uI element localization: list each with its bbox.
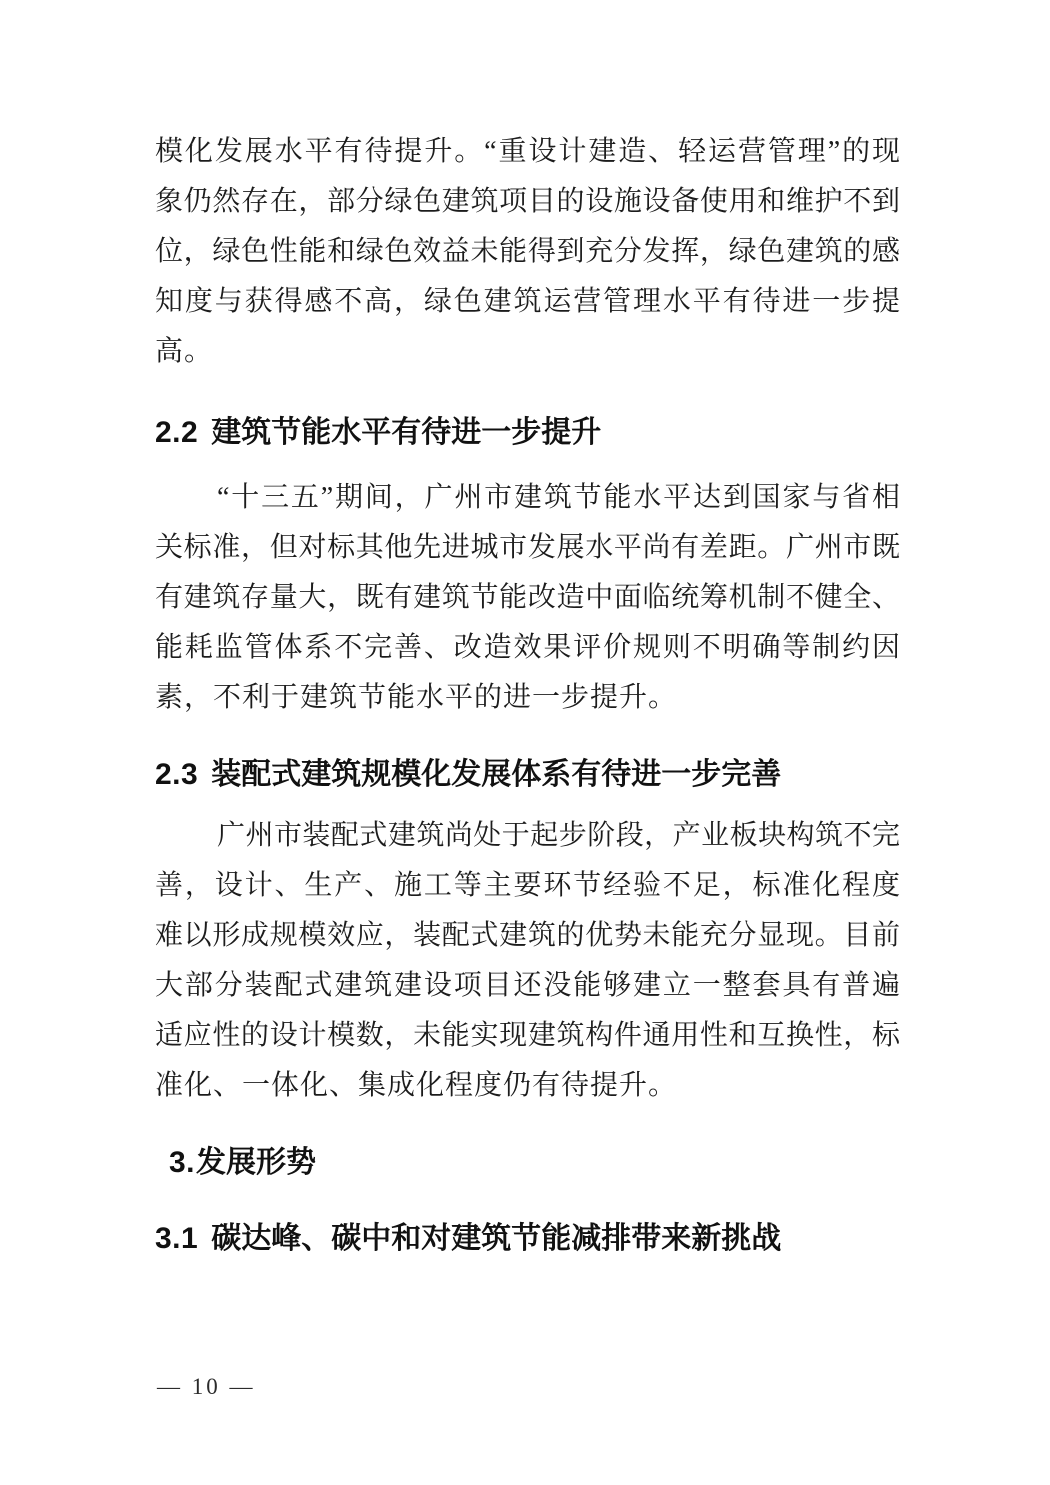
- paragraph-line: 模化发展水平有待提升。“重设计建造、轻运营管理”的现: [155, 127, 900, 177]
- paragraph-line: 广州市装配式建筑尚处于起步阶段，产业板块构筑不完: [155, 811, 900, 861]
- paragraph-line: 大部分装配式建筑建设项目还没能够建立一整套具有普遍: [155, 961, 900, 1011]
- heading-title: 建筑节能水平有待进一步提升: [211, 416, 601, 449]
- intro-paragraph: 模化发展水平有待提升。“重设计建造、轻运营管理”的现 象仍然存在，部分绿色建筑项…: [155, 127, 900, 377]
- heading-number: 3.1: [155, 1222, 198, 1255]
- section-heading-2-2: 2.2建筑节能水平有待进一步提升: [155, 412, 900, 454]
- paragraph-line: 有建筑存量大，既有建筑节能改造中面临统筹机制不健全、: [155, 573, 900, 623]
- section-heading-3-1: 3.1碳达峰、碳中和对建筑节能减排带来新挑战: [155, 1218, 900, 1260]
- paragraph-line: 素，不利于建筑节能水平的进一步提升。: [155, 673, 900, 723]
- heading-number: 3.: [169, 1146, 195, 1179]
- paragraph-line: “十三五”期间，广州市建筑节能水平达到国家与省相: [155, 473, 900, 523]
- section-heading-2-3: 2.3装配式建筑规模化发展体系有待进一步完善: [155, 754, 900, 796]
- heading-number: 2.3: [155, 758, 198, 791]
- paragraph-line: 位，绿色性能和绿色效益未能得到充分发挥，绿色建筑的感: [155, 227, 900, 277]
- paragraph-line: 高。: [155, 327, 900, 377]
- paragraph-line: 能耗监管体系不完善、改造效果评价规则不明确等制约因: [155, 623, 900, 673]
- heading-number: 2.2: [155, 416, 198, 449]
- heading-title: 碳达峰、碳中和对建筑节能减排带来新挑战: [211, 1222, 781, 1255]
- section-2-2-paragraph: “十三五”期间，广州市建筑节能水平达到国家与省相 关标准，但对标其他先进城市发展…: [155, 473, 900, 723]
- section-2-3-paragraph: 广州市装配式建筑尚处于起步阶段，产业板块构筑不完 善，设计、生产、施工等主要环节…: [155, 811, 900, 1111]
- paragraph-line: 适应性的设计模数，未能实现建筑构件通用性和互换性，标: [155, 1011, 900, 1061]
- paragraph-line: 知度与获得感不高，绿色建筑运营管理水平有待进一步提: [155, 277, 900, 327]
- paragraph-line: 准化、一体化、集成化程度仍有待提升。: [155, 1061, 900, 1111]
- paragraph-line: 难以形成规模效应，装配式建筑的优势未能充分显现。目前: [155, 911, 900, 961]
- document-body: 模化发展水平有待提升。“重设计建造、轻运营管理”的现 象仍然存在，部分绿色建筑项…: [155, 127, 900, 1260]
- paragraph-line: 关标准，但对标其他先进城市发展水平尚有差距。广州市既: [155, 523, 900, 573]
- heading-title: 发展形势: [196, 1146, 316, 1179]
- paragraph-line: 象仍然存在，部分绿色建筑项目的设施设备使用和维护不到: [155, 177, 900, 227]
- paragraph-line: 善，设计、生产、施工等主要环节经验不足，标准化程度低，: [155, 861, 900, 911]
- section-heading-3: 3.发展形势: [155, 1142, 900, 1184]
- heading-title: 装配式建筑规模化发展体系有待进一步完善: [211, 758, 781, 791]
- page-number: — 10 —: [157, 1374, 256, 1400]
- document-page: 模化发展水平有待提升。“重设计建造、轻运营管理”的现 象仍然存在，部分绿色建筑项…: [0, 0, 1050, 1485]
